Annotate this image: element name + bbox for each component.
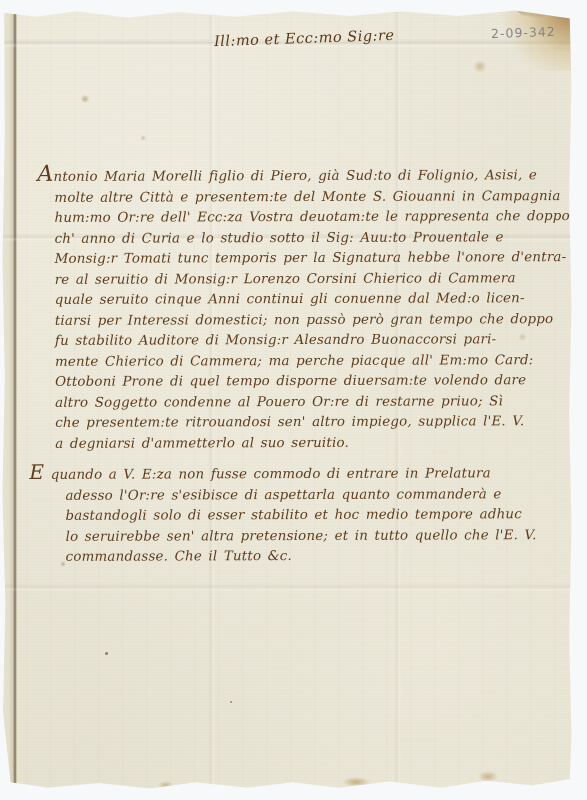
manuscript-line: E quando a V. E:za non fusse commodo di … (29, 464, 572, 486)
manuscript-line: hum:mo Or:re dell' Ecc:za Vostra deuotam… (54, 207, 571, 229)
stain-spot (478, 771, 498, 782)
manuscript-line: Antonio Maria Morelli figlio di Piero, g… (37, 166, 571, 188)
stain-spot (342, 777, 370, 787)
manuscript-line: a degniarsi d'ammetterlo al suo seruitio… (55, 433, 572, 455)
ink-speck (230, 701, 232, 703)
manuscript-line: che presentem:te ritrouandosi sen' altro… (55, 412, 572, 434)
stain-spot (140, 135, 146, 141)
manuscript-line: fu stabilito Auditore di Monsig:r Alesan… (55, 330, 572, 352)
letter-body: Antonio Maria Morelli figlio di Piero, g… (37, 166, 572, 568)
manuscript-line: lo seruirebbe sen' altra pretensione; et… (66, 526, 573, 548)
stain-spot (472, 61, 488, 72)
manuscript-line: commandasse. Che il Tutto &c. (66, 546, 573, 568)
manuscript-line: bastandogli solo di esser stabilito et h… (65, 505, 572, 527)
manuscript-line: Monsig:r Tomati tunc temporis per la Sig… (55, 248, 572, 270)
letter-paper: 2-09-342 Ill:mo et Ecc:mo Sig:re Antonio… (2, 9, 572, 790)
manuscript-line: re al seruitio di Monsig:r Lorenzo Corsi… (55, 269, 572, 291)
page-fold-edge (2, 9, 17, 790)
paragraph-1: Antonio Maria Morelli figlio di Piero, g… (37, 166, 572, 455)
manuscript-line: adesso l'Or:re s'esibisce di aspettarla … (65, 485, 572, 507)
manuscript-line: ch' anno di Curia e lo studio sotto il S… (55, 228, 572, 250)
paragraph-2: E quando a V. E:za non fusse commodo di … (38, 464, 572, 568)
scanned-letter: 2-09-342 Ill:mo et Ecc:mo Sig:re Antonio… (0, 0, 587, 800)
stain-spot (80, 95, 90, 103)
stain-spot (158, 781, 173, 789)
manuscript-line: mente Chierico di Cammera; ma perche pia… (55, 351, 572, 373)
archive-reference-number: 2-09-342 (491, 24, 556, 41)
manuscript-line: Ottoboni Prone di quel tempo disporne di… (55, 371, 572, 393)
manuscript-line: altro Soggetto condenne al Pouero Or:re … (55, 392, 572, 414)
manuscript-line: tiarsi per Interessi domestici; non pass… (55, 310, 572, 332)
manuscript-line: molte altre Città e presentem:te del Mon… (54, 187, 571, 209)
fold-crease (2, 583, 572, 592)
ink-speck (105, 652, 108, 655)
manuscript-line: quale seruito cinque Anni continui gli c… (55, 289, 572, 311)
